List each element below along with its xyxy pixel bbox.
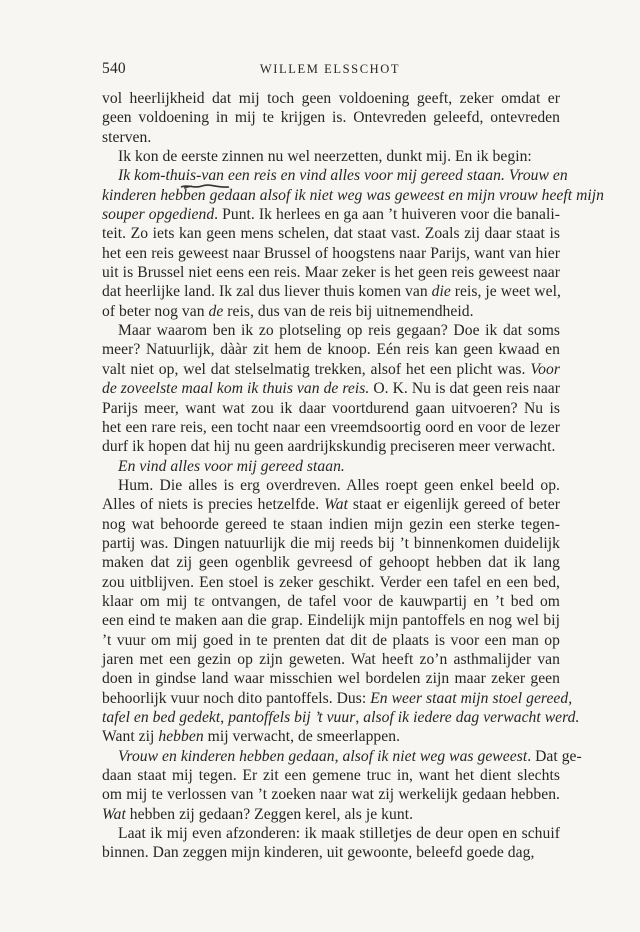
italic-text: Ik kom-thuis-van een reis en vind alles … [118, 167, 568, 184]
text-line: tafel en bed gedekt, pantoffels bij ’t v… [102, 708, 560, 727]
text-segment: een eind te maken aan die grap. Eindelij… [102, 612, 560, 629]
body-text: vol heerlijkheid dat mij toch geen voldo… [102, 89, 560, 863]
italic-text: Voor [530, 361, 560, 378]
text-line: partij was. Dingen natuurlijk die mij re… [102, 534, 560, 553]
italic-text: de [209, 303, 224, 320]
text-line: om mij te verlossen van ’t zoeken naar w… [102, 785, 560, 804]
text-line: het een reis geweest naar Brussel of hoo… [102, 244, 560, 263]
text-segment: sterven. [102, 129, 151, 146]
text-segment: reis, dus van de reis bij uitnemendheid. [223, 303, 473, 320]
text-line: Maar waarom ben ik zo plotseling op reis… [102, 321, 560, 340]
text-line: het een rare reis, een tocht naar een vr… [102, 418, 560, 437]
text-segment: uit is Brussel niet eens een reis. Maar … [102, 264, 560, 281]
text-segment: jaren met een gezin op zijn geweten. Wat… [102, 651, 560, 668]
text-line: valt niet op, wel dat stelselmatig trekk… [102, 360, 560, 379]
italic-text: kinderen hebben gedaan alsof ik niet weg… [102, 187, 604, 204]
text-segment: vol heerlijkheid dat mij toch geen voldo… [102, 90, 560, 107]
text-segment: Want zij [102, 728, 158, 745]
text-line: doen in gindse land waar misschien wel b… [102, 669, 560, 688]
text-line: Hum. Die alles is erg overdreven. Alles … [102, 476, 560, 495]
text-segment: . Dat ge- [527, 748, 582, 765]
text-segment: om mij te verlossen van ’t zoeken naar w… [102, 786, 560, 803]
text-line: uit is Brussel niet eens een reis. Maar … [102, 263, 560, 282]
text-line: een eind te maken aan die grap. Eindelij… [102, 611, 560, 630]
text-line: Ik kon de eerste zinnen nu wel neerzette… [102, 147, 560, 166]
text-segment: maken dat zij geen ogenblik gevreesd of … [102, 554, 560, 571]
italic-text: alsof ik niet weg was geweest [343, 748, 528, 765]
text-segment: O. K. Nu is dat geen reis naar [369, 380, 560, 397]
text-segment: durf ik hopen dat hij nu geen aardrijksk… [102, 438, 555, 455]
italic-text: Vrouw en kinderen hebben gedaan [118, 748, 335, 765]
text-line: maken dat zij geen ogenblik gevreesd of … [102, 553, 560, 572]
text-segment: klaar om mij tε ontvangen, de tafel voor… [102, 593, 560, 610]
running-head: WILLEM ELSSCHOT [102, 62, 558, 77]
text-segment: of beter nog van [102, 303, 209, 320]
text-segment: hebben zij gedaan? Zeggen kerel, als je … [126, 806, 413, 823]
text-segment: meer? Natuurlijk, dààr zit hem de knoop.… [102, 341, 560, 358]
text-line: Ik kom-thuis-van een reis en vind alles … [102, 166, 560, 185]
pen-underline-mark [180, 183, 230, 191]
text-line: meer? Natuurlijk, dààr zit hem de knoop.… [102, 340, 560, 359]
text-line: vol heerlijkheid dat mij toch geen voldo… [102, 89, 560, 108]
text-line: Alles of niets is precies hetzelfde. Wat… [102, 495, 560, 514]
italic-text: souper opgediend [102, 206, 214, 223]
text-line: geen voldoening in mij te krijgen is. On… [102, 108, 560, 127]
text-segment: nog wat behoorde gereed te staan indien … [102, 516, 560, 533]
text-segment: Alles of niets is precies hetzelfde. [102, 496, 324, 513]
page-header: 540 WILLEM ELSSCHOT [102, 60, 558, 82]
text-line: nog wat behoorde gereed te staan indien … [102, 515, 560, 534]
text-segment: . Punt. Ik herlees en ga aan ’t huiveren… [214, 206, 560, 223]
text-segment: dat heerlijke land. Ik zal dus liever th… [102, 283, 432, 300]
text-line: Wat hebben zij gedaan? Zeggen kerel, als… [102, 805, 560, 824]
italic-text: hebben [158, 728, 203, 745]
text-segment: behoorlijk vuur noch dito pantoffels. Du… [102, 690, 370, 707]
italic-text: Wat [324, 496, 348, 513]
text-segment: het een reis geweest naar Brussel of hoo… [102, 245, 560, 262]
text-segment: zou uitblijven. Een stoel is zeker gesch… [102, 574, 560, 591]
text-segment: reis, je weet wel, [451, 283, 561, 300]
text-line: kinderen hebben gedaan alsof ik niet weg… [102, 186, 560, 205]
italic-text: die [432, 283, 451, 300]
text-segment: doen in gindse land waar misschien wel b… [102, 670, 560, 687]
italic-text: pantoffels bij ’t vuur [228, 709, 355, 726]
text-segment: mij verwacht, de smeerlappen. [204, 728, 400, 745]
text-segment: het een rare reis, een tocht naar een vr… [102, 419, 560, 436]
text-segment: staat er eigenlijk gereed of beter [348, 496, 560, 513]
text-segment: ’t vuur om mij goed in te prenten dat di… [102, 632, 560, 649]
text-line: jaren met een gezin op zijn geweten. Wat… [102, 650, 560, 669]
text-line: Vrouw en kinderen hebben gedaan, alsof i… [102, 747, 560, 766]
text-line: teit. Zo iets kan geen mens schelen, dat… [102, 224, 560, 243]
italic-text: En weer staat mijn stoel gereed, [370, 690, 572, 707]
text-line: de zoveelste maal kom ik thuis van de re… [102, 379, 560, 398]
italic-text: tafel en bed gedekt [102, 709, 220, 726]
text-segment: valt niet op, wel dat stelselmatig trekk… [102, 361, 530, 378]
text-line: daan staat mij tegen. Er zit een gemene … [102, 766, 560, 785]
text-segment: , [335, 748, 343, 765]
text-line: durf ik hopen dat hij nu geen aardrijksk… [102, 437, 560, 456]
text-line: klaar om mij tε ontvangen, de tafel voor… [102, 592, 560, 611]
italic-text: Wat [102, 806, 126, 823]
italic-text: alsof ik iedere dag verwacht werd. [363, 709, 579, 726]
text-line: Parijs meer, want wat zou ik daar voortd… [102, 399, 560, 418]
text-segment: teit. Zo iets kan geen mens schelen, dat… [102, 225, 560, 242]
text-line: sterven. [102, 128, 560, 147]
text-segment: Hum. Die alles is erg overdreven. Alles … [118, 477, 560, 494]
text-segment: Ik kon de eerste zinnen nu wel neerzette… [118, 148, 532, 165]
text-line: Laat ik mij even afzonderen: ik maak sti… [102, 824, 560, 843]
italic-text: En vind alles voor mij gereed staan. [118, 458, 345, 475]
text-line: Want zij hebben mij verwacht, de smeerla… [102, 727, 560, 746]
text-line: ’t vuur om mij goed in te prenten dat di… [102, 631, 560, 650]
text-line: En vind alles voor mij gereed staan. [102, 457, 560, 476]
text-segment: Parijs meer, want wat zou ik daar voortd… [102, 400, 560, 417]
text-segment: partij was. Dingen natuurlijk die mij re… [102, 535, 560, 552]
text-line: souper opgediend. Punt. Ik herlees en ga… [102, 205, 560, 224]
text-segment: binnen. Dan zeggen mijn kinderen, uit ge… [102, 844, 534, 861]
text-segment: Laat ik mij even afzonderen: ik maak sti… [118, 825, 560, 842]
text-segment: geen voldoening in mij te krijgen is. On… [102, 109, 560, 126]
text-line: zou uitblijven. Een stoel is zeker gesch… [102, 573, 560, 592]
text-line: binnen. Dan zeggen mijn kinderen, uit ge… [102, 843, 560, 862]
text-line: dat heerlijke land. Ik zal dus liever th… [102, 282, 560, 301]
text-line: behoorlijk vuur noch dito pantoffels. Du… [102, 689, 560, 708]
text-line: of beter nog van de reis, dus van de rei… [102, 302, 560, 321]
text-segment: daan staat mij tegen. Er zit een gemene … [102, 767, 560, 784]
text-segment: Maar waarom ben ik zo plotseling op reis… [118, 322, 560, 339]
italic-text: de zoveelste maal kom ik thuis van de re… [102, 380, 369, 397]
